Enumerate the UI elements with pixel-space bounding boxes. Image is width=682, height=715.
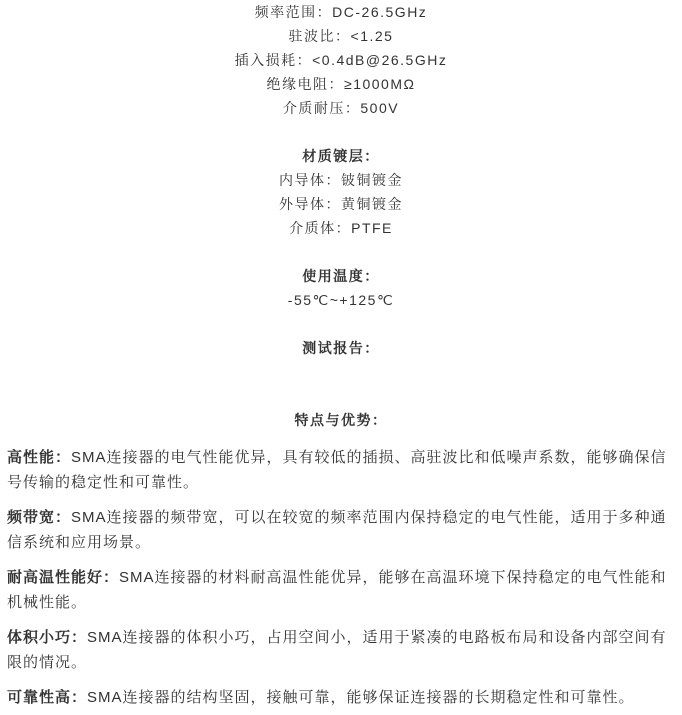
blank-line bbox=[0, 312, 682, 336]
specs-section: 频率范围：DC-26.5GHz 驻波比：<1.25 插入损耗：<0.4dB@26… bbox=[0, 0, 682, 432]
blank-line bbox=[0, 240, 682, 264]
section-heading-features: 特点与优势： bbox=[0, 408, 682, 432]
feature-lead: 高性能： bbox=[7, 449, 71, 466]
feature-text: SMA连接器的频带宽，可以在较宽的频率范围内保持稳定的电气性能，适用于多种通信系… bbox=[7, 509, 667, 551]
material-item-outer-conductor: 外导体：黄铜镀金 bbox=[0, 192, 682, 216]
feature-text: SMA连接器的体积小巧，占用空间小，适用于紧凑的电路板布局和设备内部空间有限的情… bbox=[7, 629, 667, 671]
spec-line-insertion-loss: 插入损耗：<0.4dB@26.5GHz bbox=[0, 48, 682, 72]
section-heading-material-plating: 材质镀层： bbox=[0, 144, 682, 168]
blank-line bbox=[0, 120, 682, 144]
material-item-inner-conductor: 内导体：铍铜镀金 bbox=[0, 168, 682, 192]
spec-line-vswr: 驻波比：<1.25 bbox=[0, 24, 682, 48]
material-item-dielectric: 介质体：PTFE bbox=[0, 216, 682, 240]
section-heading-operating-temperature: 使用温度： bbox=[0, 264, 682, 288]
feature-lead: 可靠性高： bbox=[7, 689, 87, 706]
section-heading-test-report: 测试报告： bbox=[0, 336, 682, 360]
feature-text: SMA连接器的电气性能优异，具有较低的插损、高驻波比和低噪声系数，能够确保信号传… bbox=[7, 449, 667, 491]
feature-lead: 频带宽： bbox=[7, 509, 71, 526]
product-description-page: 频率范围：DC-26.5GHz 驻波比：<1.25 插入损耗：<0.4dB@26… bbox=[0, 0, 682, 710]
feature-text: SMA连接器的结构坚固，接触可靠，能够保证连接器的长期稳定性和可靠性。 bbox=[87, 689, 635, 706]
blank-line bbox=[0, 384, 682, 408]
feature-paragraph-wide-band: 频带宽：SMA连接器的频带宽，可以在较宽的频率范围内保持稳定的电气性能，适用于多… bbox=[7, 505, 675, 555]
spec-line-insulation-resistance: 绝缘电阻：≥1000MΩ bbox=[0, 72, 682, 96]
feature-lead: 耐高温性能好： bbox=[7, 569, 119, 586]
blank-line bbox=[0, 360, 682, 384]
features-list: 高性能：SMA连接器的电气性能优异，具有较低的插损、高驻波比和低噪声系数，能够确… bbox=[0, 445, 682, 710]
spec-line-dielectric-voltage: 介质耐压：500V bbox=[0, 96, 682, 120]
feature-lead: 体积小巧： bbox=[7, 629, 87, 646]
feature-paragraph-compact-size: 体积小巧：SMA连接器的体积小巧，占用空间小，适用于紧凑的电路板布局和设备内部空… bbox=[7, 625, 675, 675]
operating-temperature-value: -55℃~+125℃ bbox=[0, 288, 682, 312]
spec-line-frequency-range: 频率范围：DC-26.5GHz bbox=[0, 0, 682, 24]
feature-paragraph-high-reliability: 可靠性高：SMA连接器的结构坚固，接触可靠，能够保证连接器的长期稳定性和可靠性。 bbox=[7, 685, 675, 710]
feature-paragraph-high-performance: 高性能：SMA连接器的电气性能优异，具有较低的插损、高驻波比和低噪声系数，能够确… bbox=[7, 445, 675, 495]
feature-paragraph-high-temperature: 耐高温性能好：SMA连接器的材料耐高温性能优异，能够在高温环境下保持稳定的电气性… bbox=[7, 565, 675, 615]
